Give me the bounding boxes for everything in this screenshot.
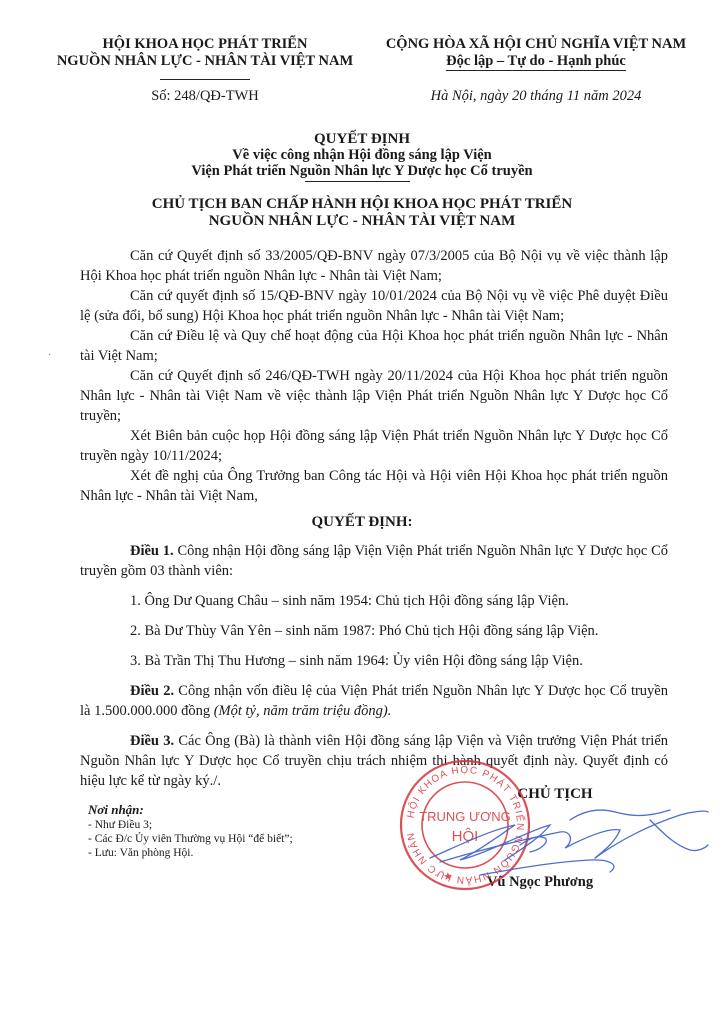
recipient-item: - Các Đ/c Ủy viên Thường vụ Hội “để biết… [88, 832, 293, 846]
decision-heading: QUYẾT ĐỊNH: [40, 514, 684, 531]
decision-title: QUYẾT ĐỊNH Về việc công nhận Hội đồng sá… [40, 131, 684, 179]
preamble-item: Căn cứ quyết định số 15/QĐ-BNV ngày 10/0… [80, 286, 668, 326]
member-item: 2. Bà Dư Thùy Vân Yên – sinh năm 1987: P… [80, 621, 668, 641]
article-2-amount-words: (Một tỷ, năm trăm triệu đồng). [214, 703, 392, 719]
title-subject-1: Về việc công nhận Hội đồng sáng lập Viện [40, 147, 684, 163]
recipients-block: Nơi nhận: - Như Điều 3; - Các Đ/c Ủy viê… [88, 802, 293, 860]
national-motto: Độc lập – Tự do - Hạnh phúc [446, 53, 626, 71]
preamble-item: Xét đề nghị của Ông Trưởng ban Công tác … [80, 466, 668, 506]
nation-name: CỘNG HÒA XÃ HỘI CHỦ NGHĨA VIỆT NAM [368, 36, 704, 53]
member-item: 3. Bà Trần Thị Thu Hương – sinh năm 1964… [80, 651, 668, 671]
recipient-item: - Lưu: Văn phòng Hội. [88, 846, 293, 860]
preamble-item: Xét Biên bản cuộc họp Hội đồng sáng lập … [80, 426, 668, 466]
recipient-item: - Như Điều 3; [88, 818, 293, 832]
article-3: Điều 3. Các Ông (Bà) là thành viên Hội đ… [80, 731, 668, 791]
authority-line-1: CHỦ TỊCH BAN CHẤP HÀNH HỘI KHOA HỌC PHÁT… [40, 196, 684, 213]
org-line-2: NGUỒN NHÂN LỰC - NHÂN TÀI VIỆT NAM [40, 53, 370, 70]
title-main: QUYẾT ĐỊNH [40, 131, 684, 147]
national-heading: CỘNG HÒA XÃ HỘI CHỦ NGHĨA VIỆT NAM Độc l… [368, 36, 704, 70]
org-line-1: HỘI KHOA HỌC PHÁT TRIỂN [40, 36, 370, 53]
scan-speck: · [48, 350, 51, 361]
member-item: 1. Ông Dư Quang Châu – sinh năm 1954: Ch… [80, 591, 668, 611]
org-underline [160, 79, 250, 80]
recipients-heading: Nơi nhận: [88, 802, 293, 818]
handwritten-signature-icon [420, 790, 710, 890]
issuing-authority: CHỦ TỊCH BAN CHẤP HÀNH HỘI KHOA HỌC PHÁT… [40, 196, 684, 230]
article-3-label: Điều 3. [130, 733, 174, 749]
article-1: Điều 1. Công nhận Hội đồng sáng lập Viện… [80, 541, 668, 581]
article-1-label: Điều 1. [130, 543, 174, 559]
title-underline [305, 181, 410, 182]
title-subject-2: Viện Phát triển Nguồn Nhân lực Y Dược họ… [40, 163, 684, 179]
article-2: Điều 2. Công nhận vốn điều lệ của Viện P… [80, 681, 668, 721]
issuing-organization: HỘI KHOA HỌC PHÁT TRIỂN NGUỒN NHÂN LỰC -… [40, 36, 370, 70]
place-and-date: Hà Nội, ngày 20 tháng 11 năm 2024 [368, 88, 704, 105]
preamble-item: Căn cứ Quyết định số 33/2005/QĐ-BNV ngày… [80, 246, 668, 286]
preamble: Căn cứ Quyết định số 33/2005/QĐ-BNV ngày… [80, 246, 668, 506]
authority-line-2: NGUỒN NHÂN LỰC - NHÂN TÀI VIỆT NAM [40, 213, 684, 230]
preamble-item: Căn cứ Điều lệ và Quy chế hoạt động của … [80, 326, 668, 366]
preamble-item: Căn cứ Quyết định số 246/QĐ-TWH ngày 20/… [80, 366, 668, 426]
articles: Điều 1. Công nhận Hội đồng sáng lập Viện… [80, 541, 668, 791]
article-2-label: Điều 2. [130, 683, 174, 699]
document-number: Số: 248/QĐ-TWH [40, 88, 370, 105]
